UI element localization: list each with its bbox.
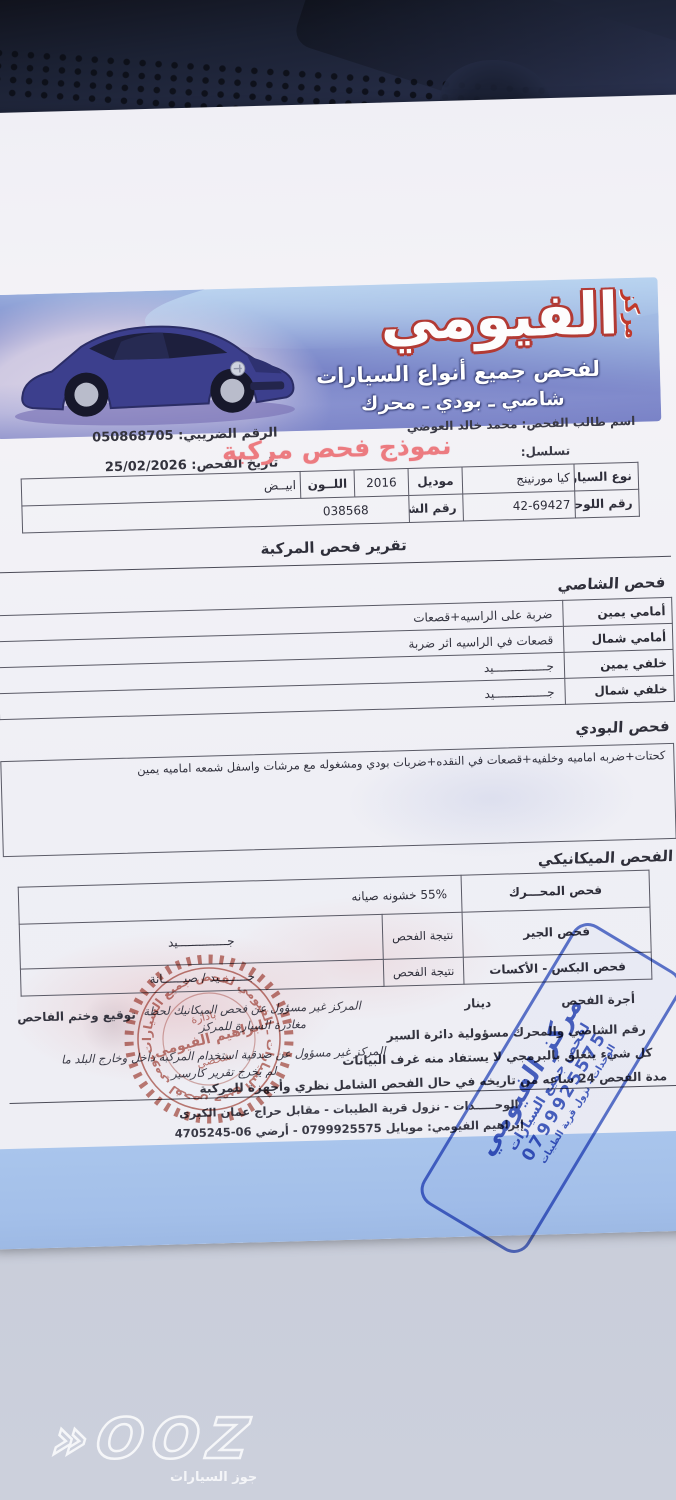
zooz-subtitle: جوز السيارات xyxy=(52,1470,257,1485)
chassis-number-label: رقم الشاصي xyxy=(409,494,464,522)
serial-field: تسلسل: xyxy=(521,444,571,459)
mechanical-section-heading: الفحص الميكانيكي xyxy=(538,847,674,869)
body-section-heading: فحص البودي xyxy=(575,717,670,738)
chassis-section-heading: فحص الشاصي xyxy=(558,573,666,594)
red-stamp-line1: بادارة xyxy=(190,1008,218,1027)
form-title: نموذج فحص مركبة xyxy=(222,431,452,466)
color-label: اللــون xyxy=(300,470,355,498)
photo-of-inspection-form: الفيومي مركز لفحص جميع أنواع السيارات شا… xyxy=(0,0,676,1500)
car-photo-graphic xyxy=(2,297,305,433)
zooz-watermark: »OOZ جوز السيارات xyxy=(52,1412,257,1485)
zooz-logo: »OOZ xyxy=(49,1412,260,1468)
fee-unit: دينار xyxy=(464,996,491,1011)
brand-prefix-text: مركز xyxy=(620,290,645,340)
axle-result-label: نتيجة الفحص xyxy=(383,957,464,986)
red-stamp-line3: شخصي xyxy=(196,1049,233,1070)
chassis-row-label: خلفي شمال xyxy=(565,675,675,704)
vehicle-type-label: نوع السيارة xyxy=(574,462,639,491)
requester-label: اسم طالب الفحص: xyxy=(521,414,635,431)
plate-label: رقم اللوحه xyxy=(575,489,640,518)
chassis-row-label: خلفي يمين xyxy=(564,649,674,678)
brand-name-text: الفيومي xyxy=(380,284,620,348)
vehicle-type-value: كيا مورنينج xyxy=(462,464,575,494)
brand-logo: الفيومي مركز xyxy=(380,284,646,349)
chassis-inspection-table: أمامي يمين ضربة على الراسيه+قصعات أمامي … xyxy=(0,597,675,720)
body-inspection-textbox: كحتات+ضربه اماميه وخلفيه+قصعات في النقده… xyxy=(0,743,676,857)
engine-check-label: فحص المحـــرك xyxy=(461,870,650,912)
date-value: 25/02/2026 xyxy=(105,458,187,475)
tax-value: 050868705 xyxy=(92,428,174,445)
report-title: تقرير فحص المركبة xyxy=(0,528,676,565)
chassis-row-label: أمامي شمال xyxy=(563,623,673,652)
gear-result-label: نتيجة الفحص xyxy=(382,912,463,959)
model-value: 2016 xyxy=(354,469,409,497)
chassis-row-label: أمامي يمين xyxy=(563,597,673,626)
serial-label: تسلسل: xyxy=(521,444,571,459)
plate-value: 42-69427 xyxy=(463,491,576,521)
model-label: موديل xyxy=(408,467,463,495)
